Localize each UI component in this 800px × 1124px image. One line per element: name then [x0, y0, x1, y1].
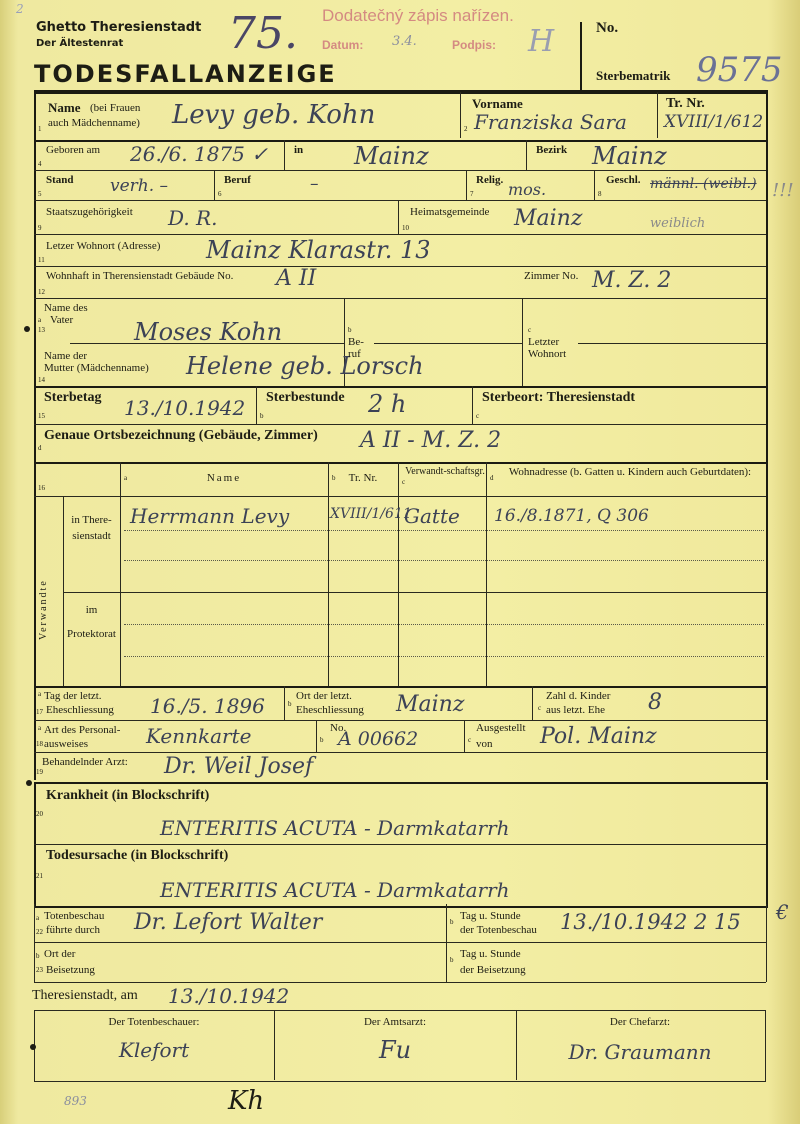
- sig-chefarzt-value: Dr. Graumann: [516, 1040, 764, 1064]
- ausweis-art-value[interactable]: Kennkarte: [146, 724, 251, 748]
- ort-eheschliessung-value[interactable]: Mainz: [396, 692, 464, 717]
- trnr-label: Tr. Nr.: [666, 96, 705, 112]
- letzter-wohnort-value[interactable]: Mainz Klarastr. 13: [206, 236, 431, 264]
- arzt-value[interactable]: Dr. Weil Josef: [164, 754, 313, 779]
- ausweis-no-value[interactable]: A 00662: [338, 728, 418, 750]
- punch-hole: [26, 780, 32, 786]
- todesursache-value[interactable]: ENTERITIS ACUTA - Darmkatarrh: [160, 878, 510, 902]
- field-19-number: 19: [36, 768, 43, 776]
- relative-relation[interactable]: Gatte: [404, 504, 460, 528]
- zimmer-label: Zimmer No.: [524, 270, 578, 282]
- sig-amtsarzt-value: Fu: [274, 1036, 516, 1064]
- totenbeschau-zeit-label-2: der Totenbeschau: [460, 924, 537, 936]
- staat-value[interactable]: D. R.: [168, 206, 217, 230]
- totenbeschau-zeit-label-1: Tag u. Stunde: [460, 910, 521, 922]
- in-label: in: [294, 144, 303, 156]
- mutter-label-2: Mutter (Mädchenname): [44, 362, 149, 374]
- punch-hole: [24, 326, 30, 332]
- footer-mark-center: Kh: [228, 1086, 264, 1116]
- beruf-label: Beruf: [224, 174, 251, 186]
- kinder-label-2: aus letzt. Ehe: [546, 704, 605, 716]
- totenbeschau-sub: a: [36, 914, 39, 922]
- mutter-label-1: Name der: [44, 350, 87, 362]
- krankheit-label: Krankheit (in Blockschrift): [46, 788, 209, 804]
- sterbetag-value[interactable]: 13./10.1942: [124, 396, 245, 420]
- field-9-number: 9: [38, 224, 42, 232]
- stamp-datum-label: Datum:: [322, 38, 363, 52]
- stand-value[interactable]: verh. –: [110, 176, 168, 196]
- ortsbezeichnung-sub: d: [38, 444, 42, 452]
- ortsbezeichnung-label: Genaue Ortsbezeichnung (Gebäude, Zimmer): [44, 428, 318, 444]
- sig-totenbeschauer-value: Klefort: [34, 1038, 274, 1062]
- letzter-wohnort-label: Letzer Wohnort (Adresse): [46, 240, 160, 252]
- geboren-label: Geboren am: [46, 144, 100, 156]
- geschl-margin-mark: !!!: [772, 180, 794, 201]
- sig-chefarzt-label: Der Chefarzt:: [516, 1016, 764, 1028]
- sig-amtsarzt-label: Der Amtsarzt:: [274, 1016, 516, 1028]
- tag-sub: a: [38, 690, 41, 698]
- heimat-correction: weiblich: [650, 216, 705, 231]
- ausgestellt-sub: c: [468, 736, 471, 744]
- field-1-number: 1: [38, 125, 42, 133]
- verwandte-side-label: Verwandte: [38, 626, 49, 640]
- todesursache-label: Todesursache (in Blockschrift): [46, 848, 228, 864]
- col-header-relation: Verwandt-schaftsgr.: [404, 466, 486, 478]
- col-relation-sub: c: [402, 478, 405, 486]
- field-11-number: 11: [38, 256, 45, 264]
- group-protektorat-label-2: Protektorat: [63, 628, 120, 640]
- bezirk-label: Bezirk: [536, 144, 567, 156]
- col-header-address: Wohnadresse (b. Gatten u. Kindern auch G…: [500, 466, 760, 478]
- no-label: No.: [596, 20, 618, 37]
- kinder-sub: c: [538, 704, 541, 712]
- beruf-value[interactable]: –: [310, 174, 319, 194]
- field-13-number: 13: [38, 326, 45, 334]
- gebaeude-value[interactable]: A II: [276, 266, 316, 291]
- field-17-number: 17: [36, 708, 43, 716]
- kinder-value[interactable]: 8: [648, 690, 662, 715]
- field-20-number: 20: [36, 810, 43, 818]
- beisetzung-ort-label-1: Ort der: [44, 948, 75, 960]
- sterbeort-label: Sterbeort: Theresienstadt: [482, 390, 635, 406]
- geboren-value[interactable]: 26./6. 1875 ✓: [130, 142, 268, 166]
- group-theresienstadt-label-1: in There-: [63, 514, 120, 526]
- field-7-number: 7: [470, 190, 474, 198]
- relig-value[interactable]: mos.: [508, 180, 546, 199]
- ort-eheschliessung-label-1: Ort der letzt.: [296, 690, 352, 702]
- relative-trnr[interactable]: XVIII/1/611: [330, 506, 412, 522]
- ausgestellt-value[interactable]: Pol. Mainz: [540, 724, 657, 749]
- ausweis-art-sub: a: [38, 724, 41, 732]
- sterbetag-label: Sterbetag: [44, 390, 102, 406]
- vater-label-1: Name des: [44, 302, 88, 314]
- eltern-wohnort-label-1: Letzter: [528, 336, 559, 348]
- beisetzung-zeit-sub: b: [450, 956, 454, 964]
- sig-totenbeschauer-label: Der Totenbeschauer:: [34, 1016, 274, 1028]
- field-22-number: 22: [36, 928, 43, 936]
- sterbestunde-label: Sterbestunde: [266, 390, 345, 406]
- vater-label-2: Vater: [50, 314, 73, 326]
- field-10-number: 10: [402, 224, 409, 232]
- group-theresienstadt-label-2: sienstadt: [63, 530, 120, 542]
- field-5-number: 5: [38, 190, 42, 198]
- totenbeschau-label-1: Totenbeschau: [44, 910, 104, 922]
- ausweis-art-label-1: Art des Personal-: [44, 724, 120, 736]
- totenbeschau-zeit-sub: b: [450, 918, 454, 926]
- beisetzung-ort-sub: b: [36, 952, 40, 960]
- beisetzung-zeit-label-2: der Beisetzung: [460, 964, 526, 976]
- mutter-value[interactable]: Helene geb. Lorsch: [186, 352, 424, 380]
- field-2-number: 2: [464, 125, 468, 133]
- beisetzung-ort-label-2: Beisetzung: [46, 964, 95, 976]
- stamp-podpis-label: Podpis:: [452, 38, 496, 52]
- place-date-value[interactable]: 13./10.1942: [168, 984, 289, 1008]
- field-8-number: 8: [598, 190, 602, 198]
- vater-sub: a: [38, 316, 41, 324]
- place-date-label: Theresienstadt, am: [32, 988, 138, 1004]
- ausgestellt-label-1: Ausgestellt: [476, 722, 526, 734]
- bezirk-value[interactable]: Mainz: [592, 142, 667, 170]
- org-name: Ghetto Theresienstadt: [36, 20, 201, 35]
- footer-mark-left: 893: [64, 1094, 87, 1108]
- field-18-number: 18: [36, 740, 43, 748]
- gebaeude-label: Wohnhaft in Therensienstadt Gebäude No.: [46, 270, 233, 282]
- sterbematrik-label: Sterbematrik: [596, 68, 670, 84]
- ort-sub: b: [288, 700, 292, 708]
- in-value[interactable]: Mainz: [354, 142, 429, 170]
- group-protektorat-label-1: im: [63, 604, 120, 616]
- totenbeschau-value[interactable]: Dr. Lefort Walter: [134, 910, 322, 935]
- totenbeschau-label-2: führte durch: [46, 924, 100, 936]
- field-21-number: 21: [36, 872, 43, 880]
- vater-value[interactable]: Moses Kohn: [134, 318, 282, 346]
- field-6-number: 6: [218, 190, 222, 198]
- krankheit-value[interactable]: ENTERITIS ACUTA - Darmkatarrh: [160, 816, 510, 840]
- stamp-datum-value: 3.4.: [392, 34, 417, 49]
- eltern-wohnort-label-2: Wohnort: [528, 348, 566, 360]
- name-value[interactable]: Levy geb. Kohn: [172, 100, 375, 130]
- name-sublabel-1: (bei Frauen: [90, 102, 140, 114]
- sterbestunde-value[interactable]: 2 h: [368, 390, 406, 418]
- arzt-label: Behandelnder Arzt:: [42, 756, 128, 768]
- stamp-text: Dodatečný zápis nařízen.: [322, 6, 514, 26]
- vorname-value[interactable]: Franziska Sara: [474, 110, 627, 134]
- tag-eheschliessung-value[interactable]: 16./5. 1896: [150, 694, 265, 718]
- handwritten-number: 75.: [228, 8, 298, 59]
- form-title: TODESFALLANZEIGE: [34, 60, 337, 88]
- org-subname: Der Ältestenrat: [36, 38, 123, 49]
- totenbeschau-zeit-value[interactable]: 13./10.1942 2 15: [560, 910, 741, 934]
- sterbestunde-sub: b: [260, 412, 264, 420]
- sterbeort-sub: c: [476, 412, 479, 420]
- col-address-sub: d: [490, 474, 494, 482]
- col-header-name: Name: [120, 472, 328, 484]
- stamp-podpis-value: H: [528, 24, 554, 59]
- geschl-label: Geschl.: [606, 174, 641, 186]
- relative-name[interactable]: Herrmann Levy: [130, 504, 289, 528]
- field-23-number: 23: [36, 966, 43, 974]
- eltern-beruf-label-1: Be-: [348, 336, 364, 348]
- col-header-trnr: Tr. Nr.: [328, 472, 398, 484]
- ausweis-no-sub: b: [320, 736, 324, 744]
- name-sublabel-2: auch Mädchenname): [48, 117, 140, 129]
- corner-mark: 2: [16, 2, 24, 16]
- totenbeschau-margin-mark: €: [776, 900, 789, 924]
- stand-label: Stand: [46, 174, 74, 186]
- eltern-beruf-label-2: ruf: [348, 348, 361, 360]
- heimat-value[interactable]: Mainz: [514, 206, 582, 231]
- zimmer-value[interactable]: M. Z. 2: [592, 268, 671, 293]
- ortsbezeichnung-value[interactable]: A II - M. Z. 2: [360, 428, 501, 453]
- eltern-beruf-sub: b: [348, 326, 352, 334]
- relative-address[interactable]: 16./8.1871, Q 306: [494, 506, 649, 526]
- tag-eheschliessung-label-2: Eheschliessung: [46, 704, 114, 716]
- name-label: Name: [48, 100, 81, 116]
- tag-eheschliessung-label-1: Tag der letzt.: [44, 690, 102, 702]
- geschl-value[interactable]: männl. (weibl.): [650, 176, 757, 192]
- punch-hole: [30, 1044, 36, 1050]
- ausweis-art-label-2: ausweises: [44, 738, 88, 750]
- staat-label: Staatszugehörigkeit: [46, 206, 133, 218]
- field-16-number: 16: [38, 484, 45, 492]
- kinder-label-1: Zahl d. Kinder: [546, 690, 610, 702]
- beisetzung-zeit-label-1: Tag u. Stunde: [460, 948, 521, 960]
- field-12-number: 12: [38, 288, 45, 296]
- heimat-label: Heimatsgemeinde: [410, 206, 489, 218]
- eltern-wohnort-sub: c: [528, 326, 531, 334]
- ausgestellt-label-2: von: [476, 738, 493, 750]
- field-14-number: 14: [38, 376, 45, 384]
- relig-label: Relig.: [476, 174, 503, 186]
- trnr-value[interactable]: XVIII/1/612: [664, 112, 763, 132]
- sterbematrik-value: 9575: [696, 50, 783, 90]
- ort-eheschliessung-label-2: Eheschliessung: [296, 704, 364, 716]
- field-15-number: 15: [38, 412, 45, 420]
